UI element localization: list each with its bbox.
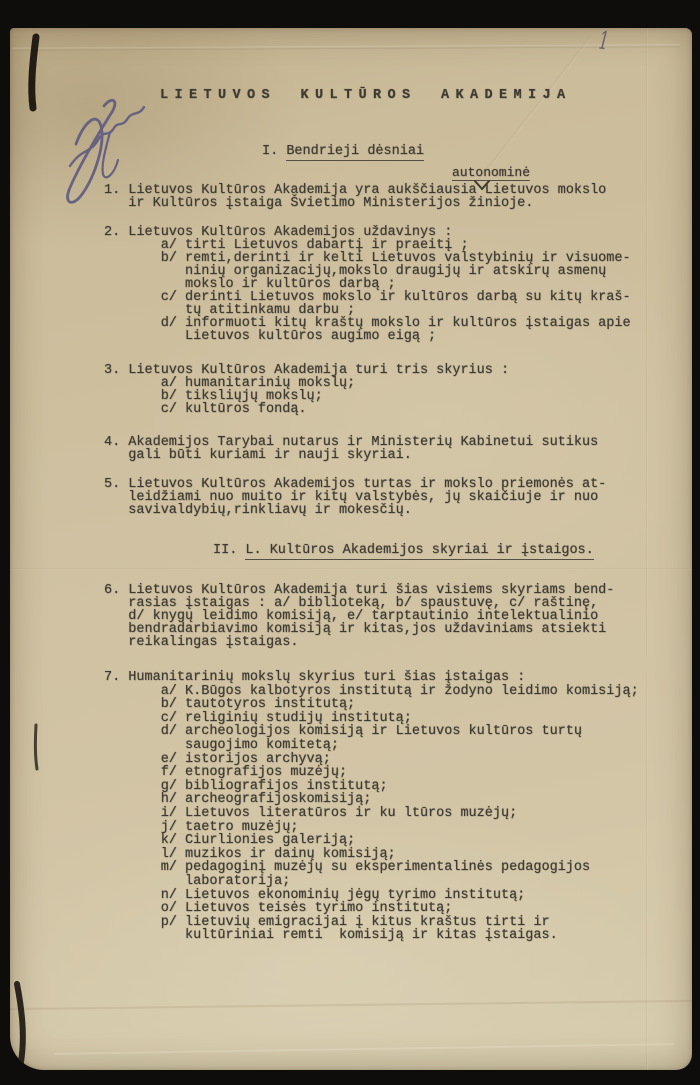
clause-3: 3. Lietuvos Kultūros Akademija turi tris… [104, 364, 509, 416]
document-page: 1 LIETUVOS KULTŪROS AKADEMIJA I. Bendrie… [10, 28, 692, 1070]
clause-1: 1. Lietuvos Kultūros Akademija yra aukšč… [104, 184, 606, 210]
document-title: LIETUVOS KULTŪROS AKADEMIJA [160, 88, 572, 103]
section-1-heading: I. Bendrieji dėsniai [262, 144, 424, 159]
staple-mark-icon [30, 722, 42, 774]
section-2-number: II. [213, 543, 245, 558]
section-1-heading-text: Bendrieji dėsniai [286, 144, 424, 161]
paper-crease [12, 44, 680, 50]
section-1-number: I. [262, 144, 286, 159]
paper-crease [10, 1000, 692, 1010]
paper-crease [10, 568, 692, 570]
staple-mark-icon [10, 978, 34, 1070]
clause-6: 6. Lietuvos Kultūros Akademija turi šias… [104, 584, 614, 649]
handwritten-page-number: 1 [597, 28, 610, 55]
clause-2: 2. Lietuvos Kultūros Akademijos uždaviny… [104, 226, 631, 343]
clause-7: 7. Humanitarinių mokslų skyrius turi šia… [104, 671, 639, 943]
clause-5: 5. Lietuvos Kultūros Akademijos turtas i… [104, 478, 606, 517]
scan-background: 1 LIETUVOS KULTŪROS AKADEMIJA I. Bendrie… [0, 0, 700, 1085]
section-2-heading-text: L. Kultūros Akademijos skyriai ir įstaig… [245, 543, 593, 560]
paper-crease [646, 28, 648, 1070]
section-2-heading: II. L. Kultūros Akademijos skyriai ir įs… [213, 543, 594, 558]
paper-crease [54, 1043, 674, 1055]
clause-4: 4. Akademijos Tarybai nutarus ir Ministe… [104, 436, 598, 462]
inserted-word-annotation: autonominė [452, 165, 530, 181]
